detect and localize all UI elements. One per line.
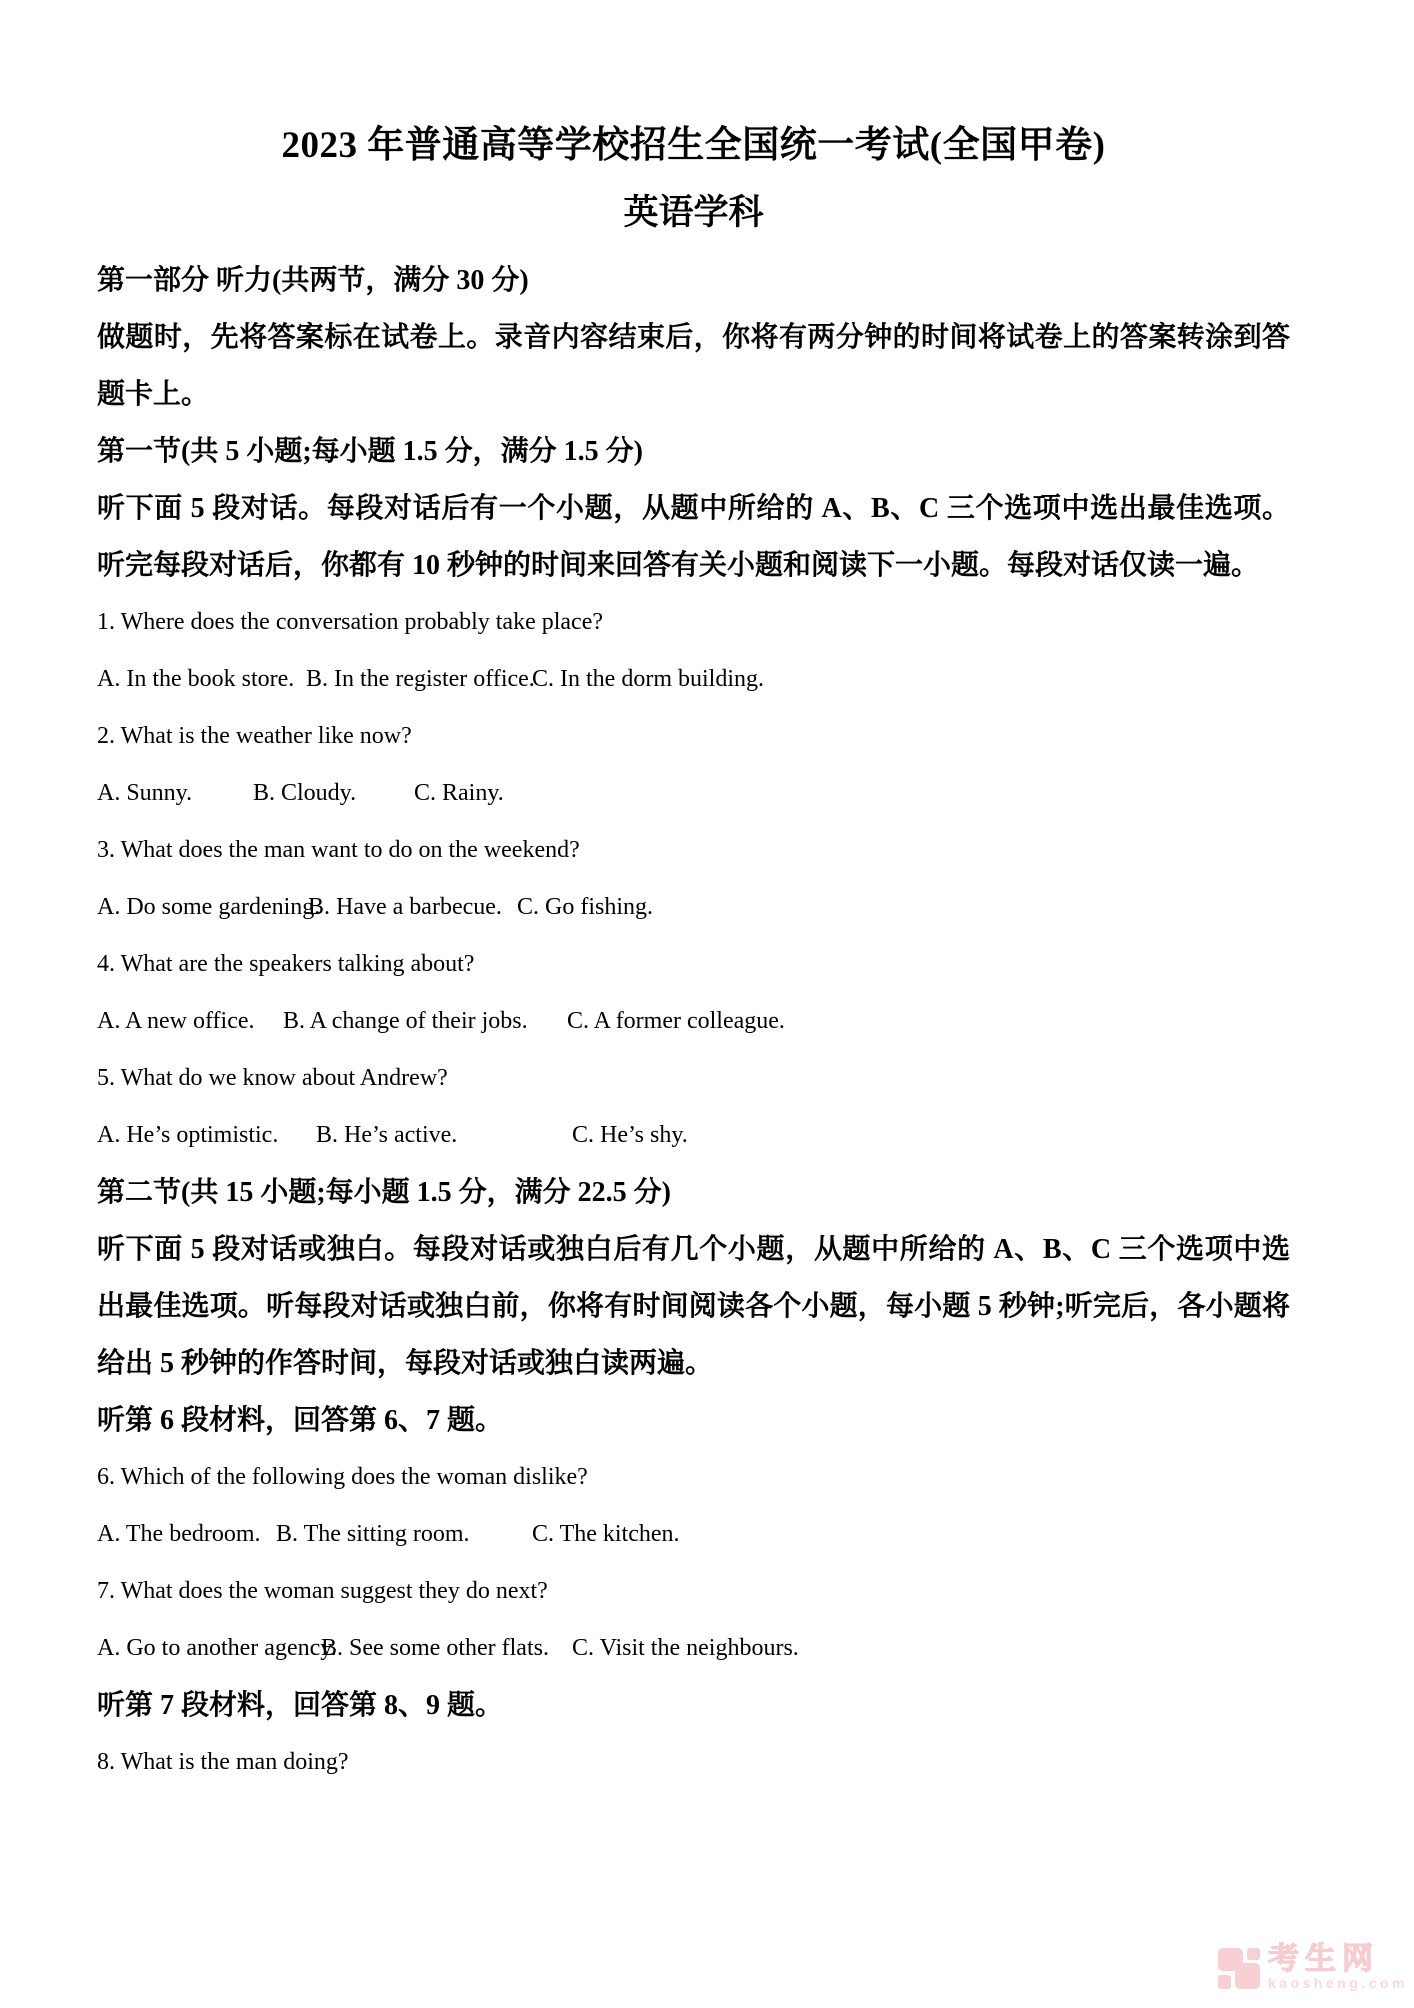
- question-2-options: A. Sunny. B. Cloudy. C. Rainy.: [97, 765, 1290, 822]
- question-3-option-b: B. Have a barbecue.: [308, 879, 511, 936]
- question-2-option-a: A. Sunny.: [97, 765, 247, 822]
- section1-instructions: 听下面 5 段对话。每段对话后有一个小题，从题中所给的 A、B、C 三个选项中选…: [97, 480, 1290, 594]
- question-3-options: A. Do some gardening. B. Have a barbecue…: [97, 879, 1290, 936]
- exam-paper-page: 2023 年普通高等学校招生全国统一考试(全国甲卷) 英语学科 第一部分 听力(…: [0, 0, 1414, 2008]
- question-1-option-b: B. In the register office.: [306, 651, 526, 708]
- question-1-option-c: C. In the dorm building.: [532, 651, 764, 708]
- section2-heading: 第二节(共 15 小题;每小题 1.5 分，满分 22.5 分): [97, 1164, 1290, 1221]
- question-6-options: A. The bedroom. B. The sitting room. C. …: [97, 1506, 1290, 1563]
- question-2-option-b: B. Cloudy.: [253, 765, 408, 822]
- question-7-option-b: B. See some other flats.: [321, 1620, 566, 1677]
- logo-block-top-right: [1247, 1948, 1260, 1960]
- question-6-option-a: A. The bedroom.: [97, 1506, 270, 1563]
- question-5-option-a: A. He’s optimistic.: [97, 1107, 310, 1164]
- question-4-option-c: C. A former colleague.: [567, 993, 785, 1050]
- question-2: 2. What is the weather like now?: [97, 708, 1290, 765]
- question-7-option-a: A. Go to another agency.: [97, 1620, 315, 1677]
- question-5-options: A. He’s optimistic. B. He’s active. C. H…: [97, 1107, 1290, 1164]
- question-6-option-b: B. The sitting room.: [276, 1506, 526, 1563]
- section2-instructions: 听下面 5 段对话或独白。每段对话或独白后有几个小题，从题中所给的 A、B、C …: [97, 1221, 1290, 1392]
- question-3: 3. What does the man want to do on the w…: [97, 822, 1290, 879]
- material-7-heading: 听第 7 段材料，回答第 8、9 题。: [97, 1677, 1290, 1734]
- kaosheng-watermark: 考生网 kaosheng.com: [1218, 1942, 1408, 1992]
- question-6-option-c: C. The kitchen.: [532, 1506, 680, 1563]
- kaosheng-watermark-text: 考生网 kaosheng.com: [1268, 1942, 1408, 1992]
- material-6-heading: 听第 6 段材料，回答第 6、7 题。: [97, 1392, 1290, 1449]
- exam-paper-content: 2023 年普通高等学校招生全国统一考试(全国甲卷) 英语学科 第一部分 听力(…: [0, 124, 1414, 1791]
- logo-block-bottom-right: [1235, 1963, 1260, 1989]
- page-subtitle: 英语学科: [97, 191, 1290, 235]
- part1-heading: 第一部分 听力(共两节，满分 30 分): [97, 252, 1290, 309]
- logo-block-bottom-left: [1218, 1975, 1231, 1989]
- kaosheng-brand-name: 考生网: [1268, 1942, 1408, 1975]
- page-title: 2023 年普通高等学校招生全国统一考试(全国甲卷): [97, 124, 1290, 168]
- question-2-option-c: C. Rainy.: [414, 765, 504, 822]
- question-1-option-a: A. In the book store.: [97, 651, 300, 708]
- question-8: 8. What is the man doing?: [97, 1734, 1290, 1791]
- question-4-options: A. A new office. B. A change of their jo…: [97, 993, 1290, 1050]
- question-1: 1. Where does the conversation probably …: [97, 594, 1290, 651]
- question-4-option-a: A. A new office.: [97, 993, 277, 1050]
- question-6: 6. Which of the following does the woman…: [97, 1449, 1290, 1506]
- question-3-option-c: C. Go fishing.: [517, 879, 653, 936]
- part1-note: 做题时，先将答案标在试卷上。录音内容结束后，你将有两分钟的时间将试卷上的答案转涂…: [97, 309, 1290, 423]
- question-4: 4. What are the speakers talking about?: [97, 936, 1290, 993]
- question-5-option-b: B. He’s active.: [316, 1107, 566, 1164]
- section1-heading: 第一节(共 5 小题;每小题 1.5 分，满分 1.5 分): [97, 423, 1290, 480]
- kaosheng-domain: kaosheng.com: [1268, 1975, 1408, 1992]
- question-7: 7. What does the woman suggest they do n…: [97, 1563, 1290, 1620]
- question-4-option-b: B. A change of their jobs.: [283, 993, 561, 1050]
- exam-body: 第一部分 听力(共两节，满分 30 分) 做题时，先将答案标在试卷上。录音内容结…: [97, 252, 1290, 1791]
- question-5: 5. What do we know about Andrew?: [97, 1050, 1290, 1107]
- question-3-option-a: A. Do some gardening.: [97, 879, 302, 936]
- question-5-option-c: C. He’s shy.: [572, 1107, 688, 1164]
- question-7-options: A. Go to another agency. B. See some oth…: [97, 1620, 1290, 1677]
- kaosheng-logo-icon: [1218, 1948, 1260, 1989]
- question-7-option-c: C. Visit the neighbours.: [572, 1620, 799, 1677]
- question-1-options: A. In the book store. B. In the register…: [97, 651, 1290, 708]
